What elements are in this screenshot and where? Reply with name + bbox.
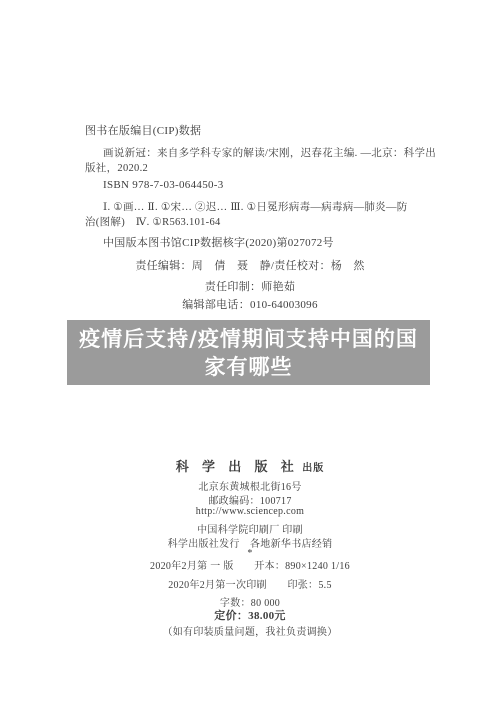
publisher-website-line: http://www.sciencep.com [0,506,500,517]
edition-line: 2020年2月第 一 版 开本：890×1240 1/16 [0,557,500,572]
print-manager-line: 责任印制：师艳茹 [0,278,500,294]
caption-banner: 疫情后支持/疫情期间支持中国的国 家有哪些 [67,320,430,385]
publisher-address-line: 北京东黄城根北街16号 [0,478,500,493]
editors-line: 责任编辑：周 倩 聂 静/责任校对：杨 然 [0,257,500,273]
postcode-line: 邮政编码：100717 [0,492,500,507]
caption-line-1: 疫情后支持/疫情期间支持中国的国 [79,325,418,353]
isbn-line: ISBN 978-7-03-064450-3 [103,179,224,191]
price-line: 定价：38.00元 [0,607,500,623]
book-copyright-page: 图书在版编目(CIP)数据 画说新冠：来自多学科专家的解读/宋刚，迟春花主编. … [0,0,500,707]
cip-title-line-1: 画说新冠：来自多学科专家的解读/宋刚，迟春花主编. —北京：科学出 [103,145,436,160]
publisher-suffix: 出版 [302,463,324,474]
quality-note-line: （如有印装质量问题，我社负责调换） [0,623,500,638]
classification-line-2: 治(图解) Ⅳ. ①R563.101-64 [85,214,221,229]
caption-line-2: 家有哪些 [205,353,293,381]
publisher-line: 科 学 出 版 社 出版 [0,456,500,475]
editorial-phone-line: 编辑部电话：010-64003096 [0,296,500,312]
cip-heading: 图书在版编目(CIP)数据 [85,122,201,138]
impression-line: 2020年2月第一次印刷 印张：5.5 [0,576,500,591]
printer-line: 中国科学院印刷厂 印刷 [0,521,500,536]
publisher-name: 科 学 出 版 社 [176,459,299,474]
cip-record-line: 中国版本图书馆CIP数据核字(2020)第027072号 [103,234,334,250]
cip-title-line-2: 版社，2020.2 [85,160,148,175]
classification-line-1: Ⅰ. ①画… Ⅱ. ①宋… ②迟… Ⅲ. ①日冕形病毒—病毒病—肺炎—防 [103,199,408,214]
